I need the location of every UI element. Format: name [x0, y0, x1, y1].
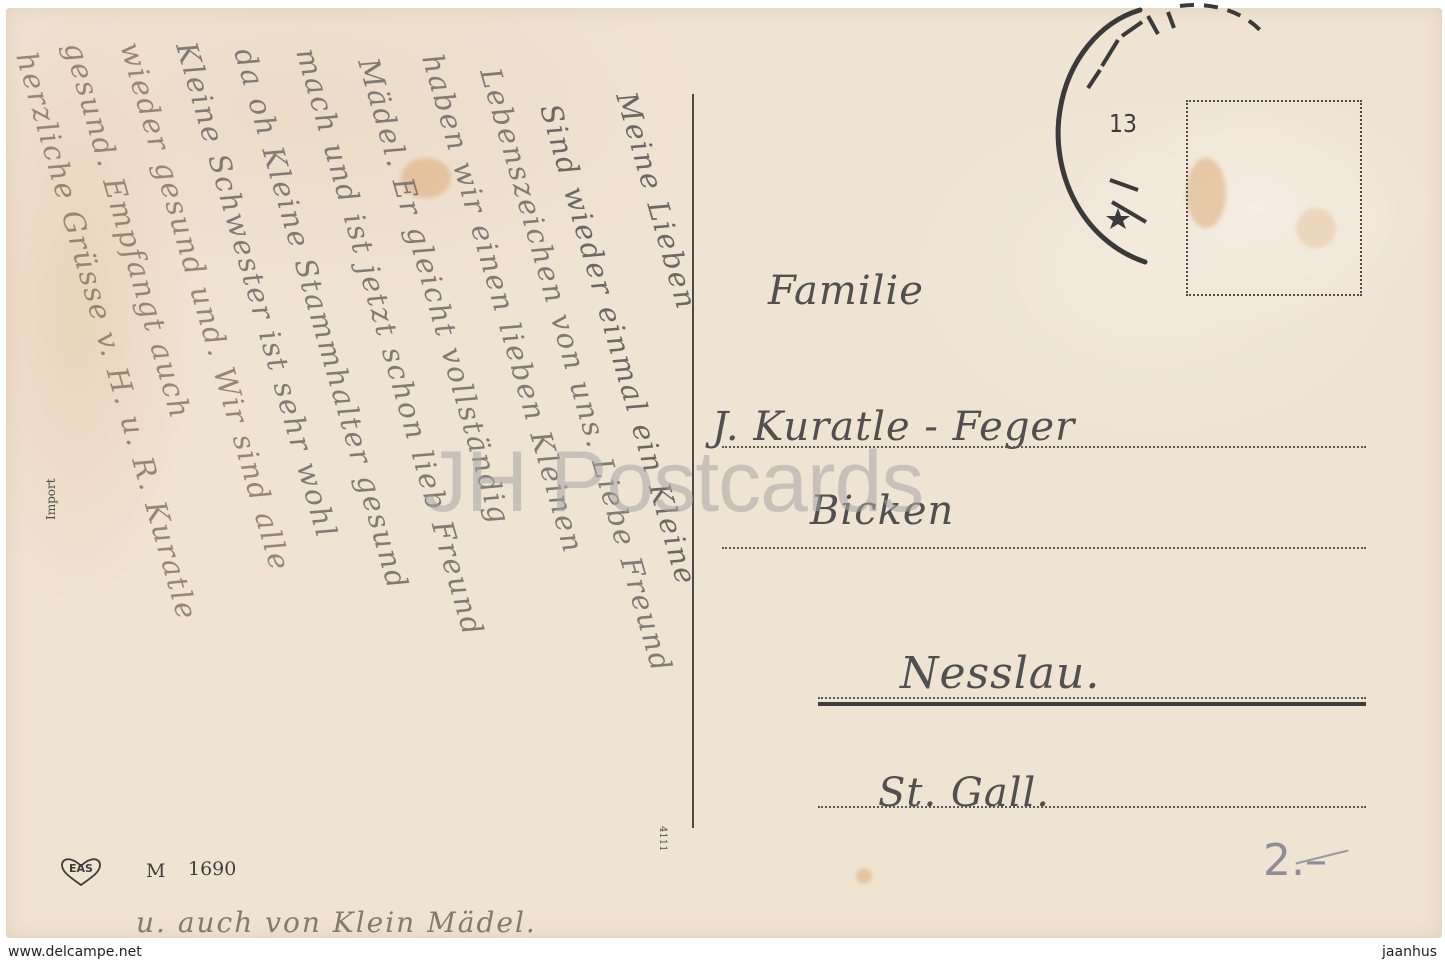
series-number: 1690	[188, 858, 236, 880]
address-line-1: Familie	[768, 268, 924, 314]
pencil-price-note: 2.–	[1263, 835, 1327, 886]
watermark: JH Postcards	[424, 433, 923, 532]
print-code: 4111	[657, 826, 668, 851]
address-line-5: St. Gall.	[878, 770, 1050, 816]
series-letter: M	[146, 860, 165, 882]
footer-seller-name: jaanhus	[1382, 944, 1437, 960]
postmark-date: 13	[1109, 110, 1137, 139]
eas-heart-logo-icon: EAS	[60, 857, 102, 887]
address-line-4: Nesslau.	[900, 648, 1100, 699]
message-closing: u. auch von Klein Mädel.	[136, 906, 537, 939]
stain	[856, 868, 872, 884]
stamp-area[interactable]	[1186, 100, 1362, 296]
message-column: Meine Lieben	[609, 88, 704, 314]
address-rule	[722, 547, 1366, 549]
address-rule-bold	[818, 702, 1366, 706]
footer-site-link[interactable]: www.delcampe.net	[8, 944, 142, 960]
address-rule	[818, 806, 1366, 808]
publisher-logo-text: EAS	[60, 862, 102, 875]
address-rule	[818, 697, 1366, 699]
import-label: Import	[44, 478, 58, 520]
